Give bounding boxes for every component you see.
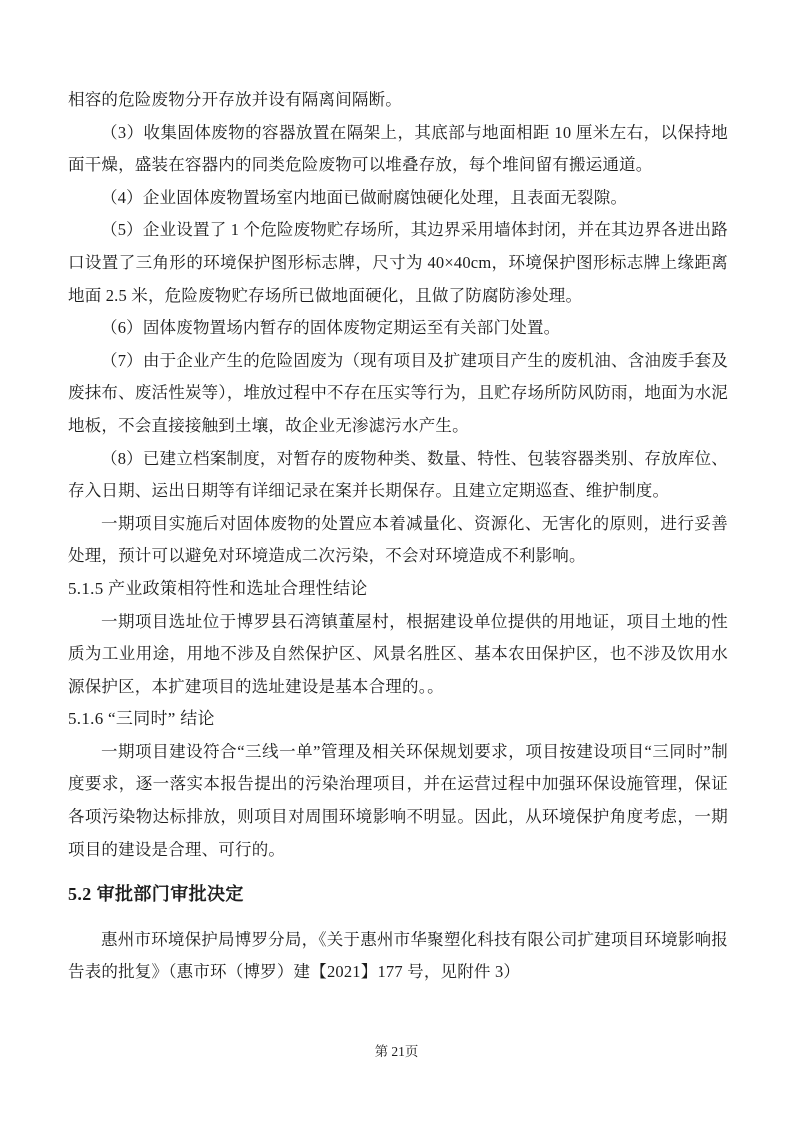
- paragraph-three-simultaneous: 一期项目建设符合“三线一单”管理及相关环保规划要求，项目按建设项目“三同时”制度…: [68, 736, 728, 866]
- paragraph-item-3: （3）收集固体废物的容器放置在隔架上，其底部与地面相距 10 厘米左右，以保持地…: [68, 117, 728, 182]
- paragraph-continuation: 相容的危险废物分开存放并设有隔离间隔断。: [68, 84, 728, 117]
- paragraph-approval-decision: 惠州市环境保护局博罗分局，《关于惠州市华聚塑化科技有限公司扩建项目环境影响报告表…: [68, 924, 728, 989]
- paragraph-item-8: （8）已建立档案制度，对暂存的废物种类、数量、特性、包装容器类别、存放库位、存入…: [68, 443, 728, 508]
- section-heading-5-2: 5.2 审批部门审批决定: [68, 878, 728, 911]
- paragraph-item-6: （6）固体废物置场内暂存的固体废物定期运至有关部门处置。: [68, 312, 728, 345]
- page-number: 第 21页: [0, 1040, 793, 1060]
- paragraph-item-5: （5）企业设置了 1 个危险废物贮存场所，其边界采用墙体封闭，并在其边界各进出路…: [68, 214, 728, 312]
- document-page: 相容的危险废物分开存放并设有隔离间隔断。 （3）收集固体废物的容器放置在隔架上，…: [0, 0, 793, 1122]
- paragraph-item-4: （4）企业固体废物置场室内地面已做耐腐蚀硬化处理，且表面无裂隙。: [68, 182, 728, 215]
- document-body: 相容的危险废物分开存放并设有隔离间隔断。 （3）收集固体废物的容器放置在隔架上，…: [68, 84, 728, 989]
- section-heading-5-1-6: 5.1.6 “三同时” 结论: [68, 703, 728, 736]
- paragraph-site-selection: 一期项目选址位于博罗县石湾镇董屋村，根据建设单位提供的用地证，项目土地的性质为工…: [68, 606, 728, 704]
- section-heading-5-1-5: 5.1.5 产业政策相符性和选址合理性结论: [68, 573, 728, 606]
- paragraph-conclusion: 一期项目实施后对固体废物的处置应本着减量化、资源化、无害化的原则，进行妥善处理，…: [68, 508, 728, 573]
- paragraph-item-7: （7）由于企业产生的危险固废为（现有项目及扩建项目产生的废机油、含油废手套及废抹…: [68, 345, 728, 443]
